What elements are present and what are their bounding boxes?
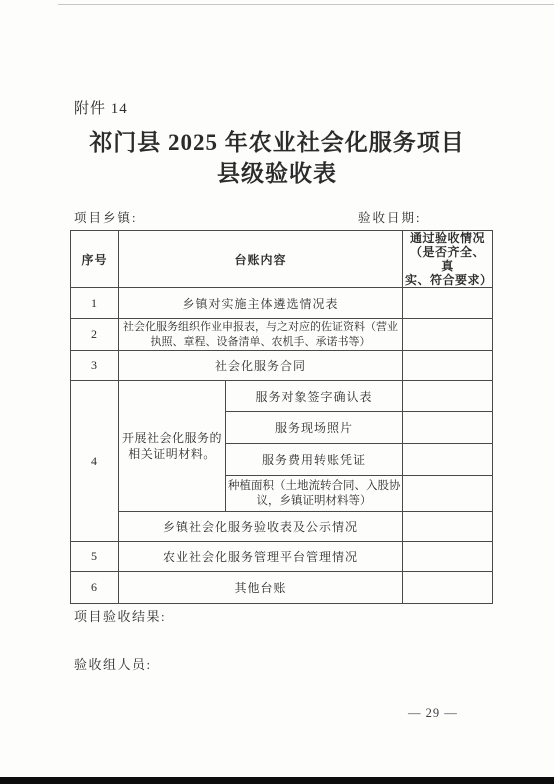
- header-status-line-1: 通过验收情况: [405, 231, 490, 245]
- row-4-group-label: 开展社会化服务的 相关证明材料。: [119, 381, 226, 512]
- header-status: 通过验收情况 （是否齐全、真 实、符合要求）: [403, 231, 493, 288]
- ledger-table: 序号 台账内容 通过验收情况 （是否齐全、真 实、符合要求） 1 乡镇对实施主体…: [70, 230, 493, 604]
- row-2-no: 2: [71, 319, 119, 351]
- title-line-1: 祁门县 2025 年农业社会化服务项目: [0, 127, 554, 158]
- row-4-no: 4: [71, 381, 119, 542]
- attachment-label: 附件 14: [74, 97, 128, 118]
- header-content: 台账内容: [119, 231, 403, 288]
- row-3-no: 3: [71, 351, 119, 381]
- row-5-no: 5: [71, 542, 119, 572]
- row-2-status-cell: [403, 319, 493, 351]
- row-2-content-line-2: 执照、章程、设备清单、农机手、承诺书等）: [121, 335, 400, 350]
- page-number: — 29 —: [408, 706, 458, 721]
- acceptance-date-field-label: 验收日期:: [358, 208, 421, 226]
- header-no: 序号: [71, 231, 119, 288]
- row-4-item-4-status-cell: [403, 476, 493, 512]
- inspection-team-label: 验收组人员:: [74, 654, 152, 673]
- document-title: 祁门县 2025 年农业社会化服务项目 县级验收表: [0, 127, 554, 189]
- header-status-line-3: 实、符合要求）: [405, 273, 490, 287]
- row-1-no: 1: [71, 288, 119, 319]
- row-2-content: 社会化服务组织作业申报表，与之对应的佐证资料（营业 执照、章程、设备清单、农机手…: [119, 319, 403, 351]
- row-4-item-2-content: 服务现场照片: [226, 412, 403, 444]
- row-6-no: 6: [71, 572, 119, 604]
- row-4-item-2-status-cell: [403, 412, 493, 444]
- row-3-status-cell: [403, 351, 493, 381]
- row-4-item-4-content: 种植面积（土地流转合同、入股协 议，乡镇证明材料等）: [226, 476, 403, 512]
- row-2-content-line-1: 社会化服务组织作业申报表，与之对应的佐证资料（营业: [121, 320, 400, 335]
- row-4-item-1-content: 服务对象签字确认表: [226, 381, 403, 412]
- scan-artifact-bottom-bar: [0, 777, 554, 784]
- row-3-content: 社会化服务合同: [119, 351, 403, 381]
- project-result-label: 项目验收结果:: [74, 606, 166, 625]
- row-4-footer-status-cell: [403, 512, 493, 542]
- row-6-content: 其他台账: [119, 572, 403, 604]
- row-4-item-1-status-cell: [403, 381, 493, 412]
- row-5-status-cell: [403, 542, 493, 572]
- row-1-content: 乡镇对实施主体遴选情况表: [119, 288, 403, 319]
- row-1-status-cell: [403, 288, 493, 319]
- row-4-group-label-line-1: 开展社会化服务的: [121, 430, 223, 446]
- row-6-status-cell: [403, 572, 493, 604]
- row-4-item-3-content: 服务费用转账凭证: [226, 444, 403, 476]
- scan-artifact-top-line: [58, 4, 554, 5]
- row-4-footer-content: 乡镇社会化服务验收表及公示情况: [119, 512, 403, 542]
- row-4-group-label-line-2: 相关证明材料。: [121, 446, 223, 462]
- row-4-item-4-line-1: 种植面积（土地流转合同、入股协: [228, 479, 400, 494]
- township-field-label: 项目乡镇:: [74, 208, 137, 226]
- document-page: 附件 14 祁门县 2025 年农业社会化服务项目 县级验收表 项目乡镇: 验收…: [0, 0, 554, 784]
- title-line-2: 县级验收表: [0, 158, 554, 189]
- header-status-line-2: （是否齐全、真: [405, 245, 490, 273]
- row-4-item-3-status-cell: [403, 444, 493, 476]
- row-5-content: 农业社会化服务管理平台管理情况: [119, 542, 403, 572]
- row-4-item-4-line-2: 议，乡镇证明材料等）: [228, 494, 400, 509]
